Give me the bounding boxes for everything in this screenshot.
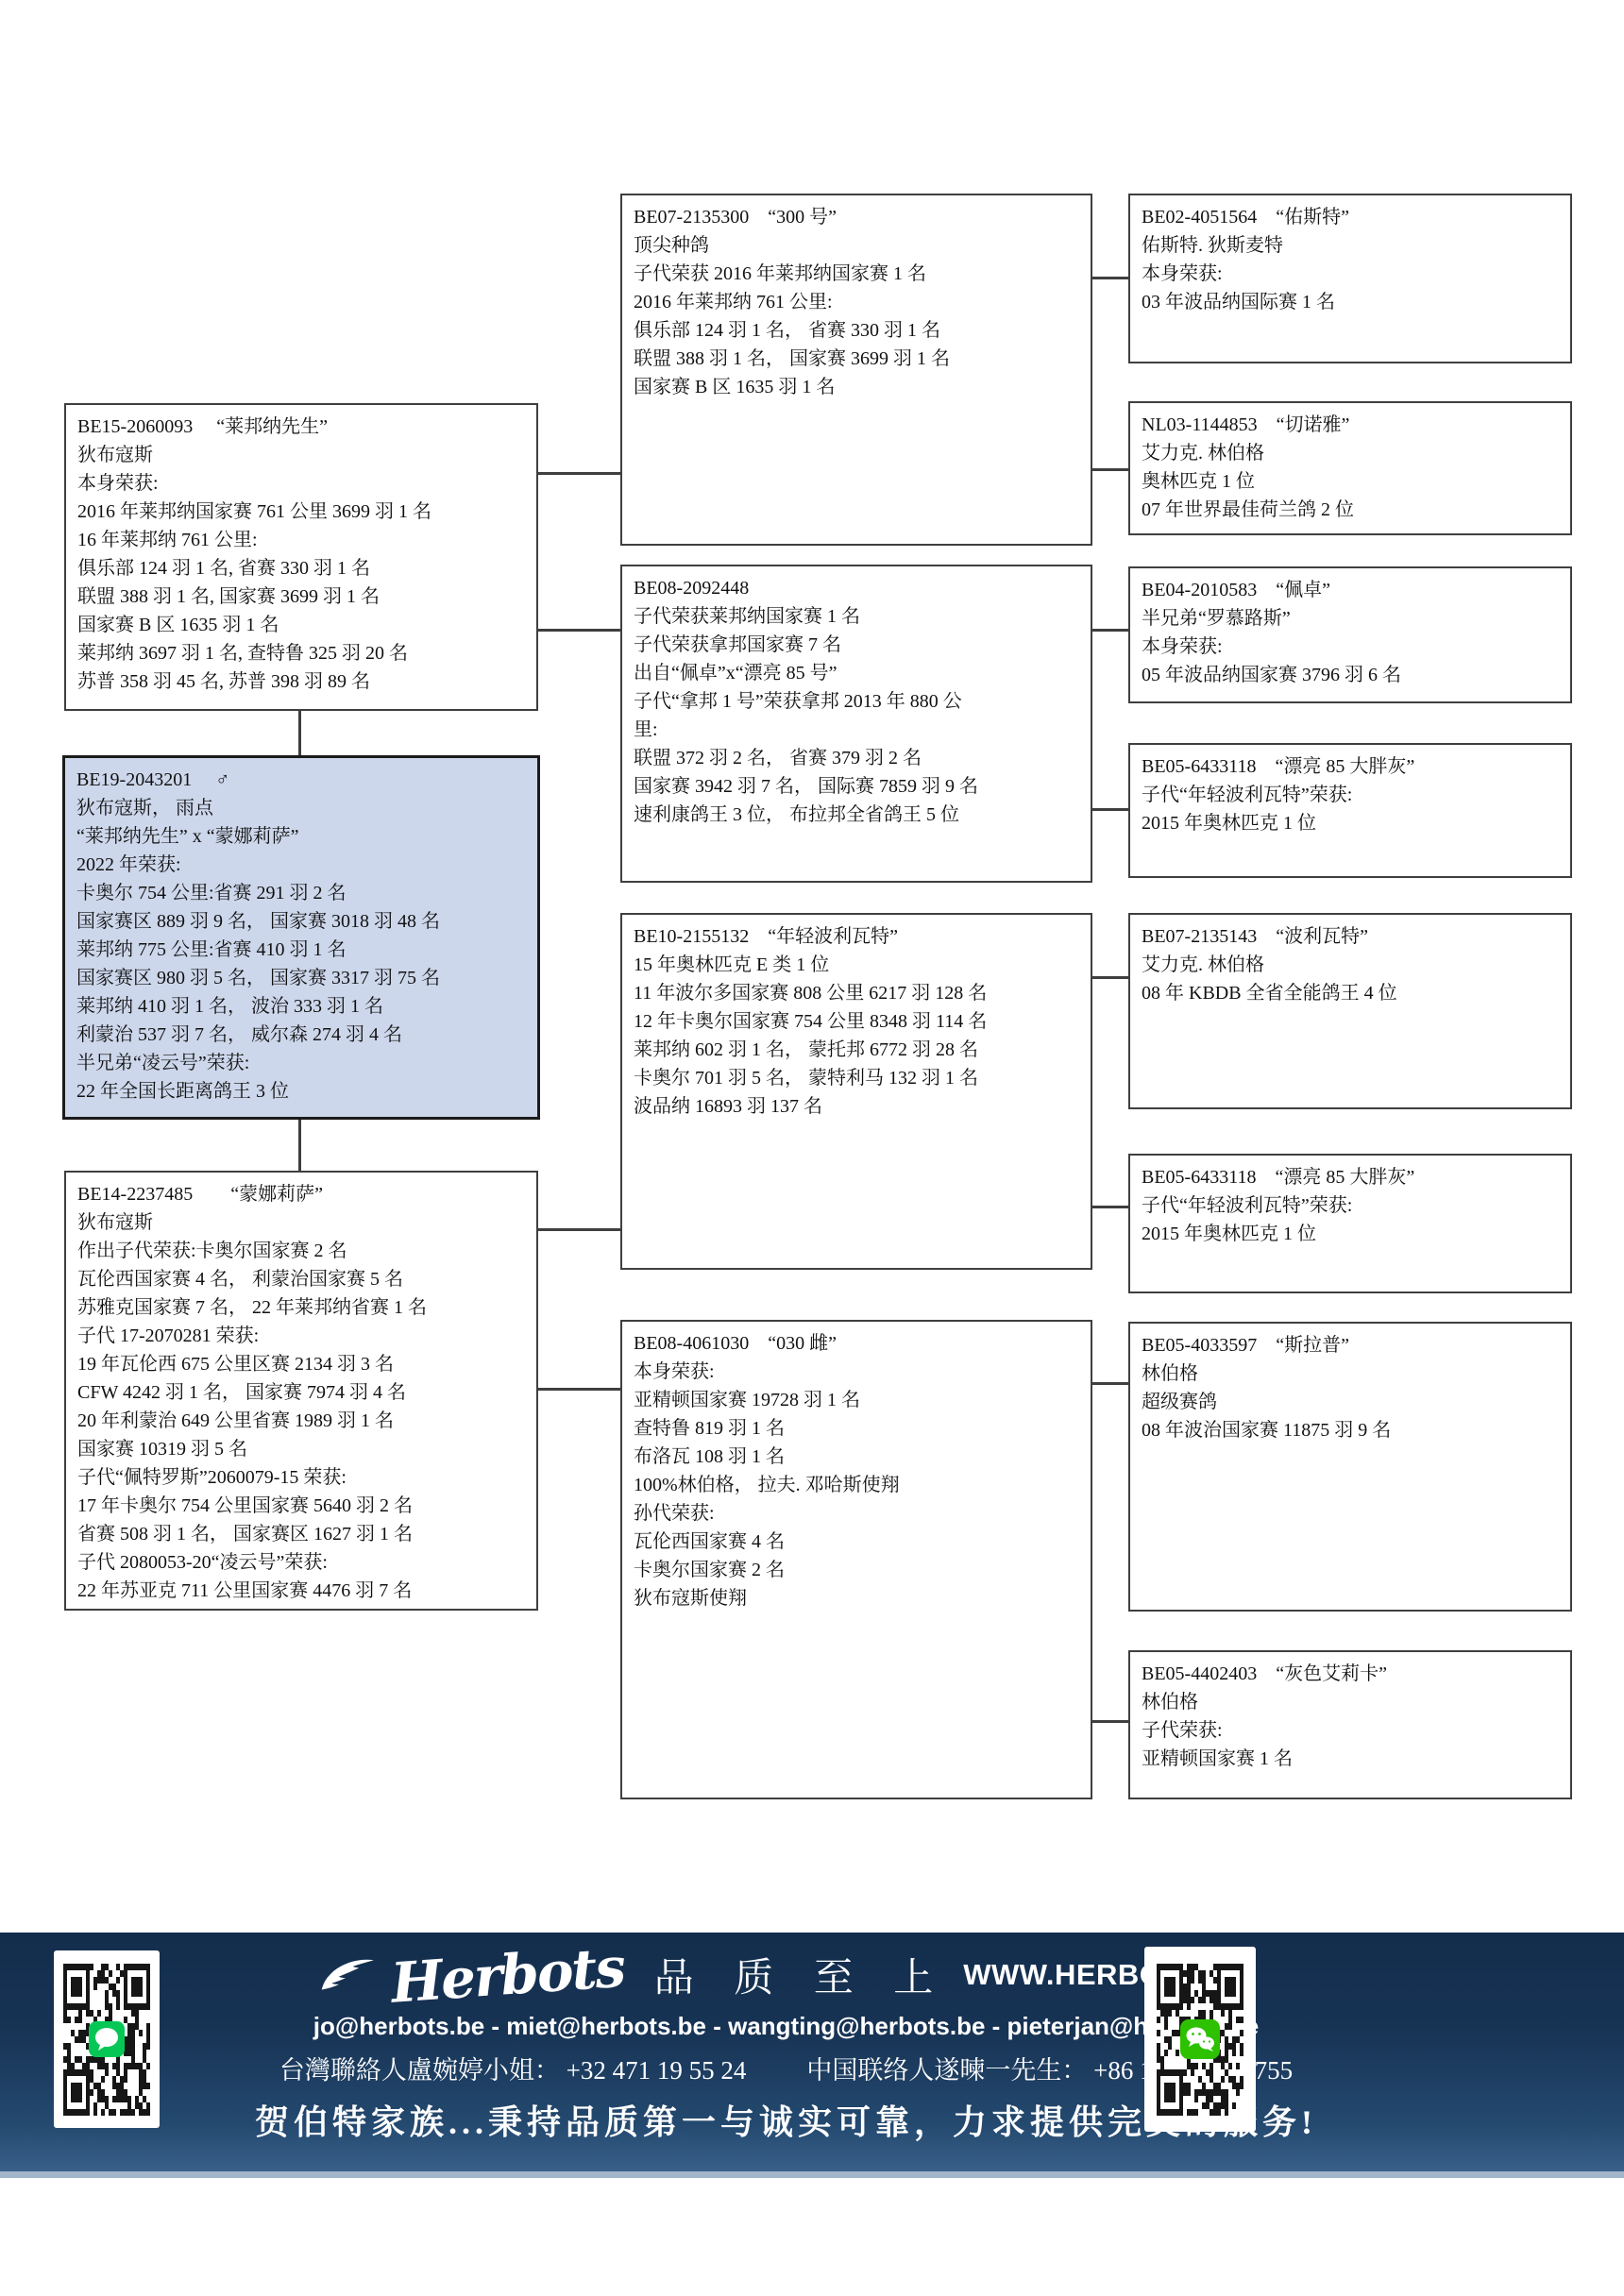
pedigree-box-paternal-grandfather: BE07-2135300 “300 号” 顶尖种鸽 子代荣获 2016 年莱邦纳… [620,194,1092,546]
wechat-icon [1180,2019,1220,2059]
connector-line [1092,808,1128,811]
ring-number: BE08-4061030 “030 雌” [634,1329,1079,1358]
pedigree-box-maternal-grandfather: BE10-2155132 “年轻波利瓦特” 15 年奥林匹克 E 类 1 位 1… [620,913,1092,1270]
ring-number: BE05-4033597 “斯拉普” [1142,1331,1559,1359]
pedigree-box-great-grandparent-4: BE05-6433118 “漂亮 85 大胖灰” 子代“年轻波利瓦特”荣获: 2… [1128,743,1572,878]
connector-line [1092,277,1128,279]
brand-tagline: 品 质 至 上 [654,1947,949,2003]
achievement-lines: 狄布寇斯 作出子代荣获:卡奥尔国家赛 2 名 瓦伦西国家赛 4 名， 利蒙治国家… [77,1208,525,1605]
pedigree-box-great-grandparent-7: BE05-4033597 “斯拉普” 林伯格 超级赛鸽 08 年波治国家赛 11… [1128,1322,1572,1612]
contact-emails: jo@herbots.be - miet@herbots.be - wangti… [313,2012,1259,2041]
achievement-lines: 本身荣获: 亚精顿国家赛 19728 羽 1 名 查特鲁 819 羽 1 名 布… [634,1358,1079,1612]
pedigree-page: BE15-2060093 “莱邦纳先生” 狄布寇斯 本身荣获: 2016 年莱邦… [0,0,1624,2296]
pedigree-box-great-grandparent-5: BE07-2135143 “波利瓦特” 艾力克. 林伯格 08 年 KBDB 全… [1128,913,1572,1109]
achievement-lines: 林伯格 子代荣获: 亚精顿国家赛 1 名 [1142,1688,1559,1773]
pedigree-box-mother: BE14-2237485 “蒙娜莉萨” 狄布寇斯 作出子代荣获:卡奥尔国家赛 2… [64,1171,538,1611]
pedigree-box-great-grandparent-3: BE04-2010583 “佩卓” 半兄弟“罗慕路斯” 本身荣获: 05 年波品… [1128,566,1572,703]
achievement-lines: 艾力克. 林伯格 08 年 KBDB 全省全能鸽王 4 位 [1142,951,1559,1007]
brand-row: Herbots 品 质 至 上 WWW.HERBOTS.BE [321,1940,1251,2010]
achievement-lines: 狄布寇斯 本身荣获: 2016 年莱邦纳国家赛 761 公里 3699 羽 1 … [77,441,525,696]
achievement-lines: 林伯格 超级赛鸽 08 年波治国家赛 11875 羽 9 名 [1142,1359,1559,1444]
pedigree-box-great-grandparent-8: BE05-4402403 “灰色艾莉卡” 林伯格 子代荣获: 亚精顿国家赛 1 … [1128,1650,1572,1799]
pedigree-box-great-grandparent-6: BE05-6433118 “漂亮 85 大胖灰” 子代“年轻波利瓦特”荣获: 2… [1128,1154,1572,1293]
achievement-lines: 顶尖种鸽 子代荣获 2016 年莱邦纳国家赛 1 名 2016 年莱邦纳 761… [634,231,1079,401]
achievement-lines: 15 年奥林匹克 E 类 1 位 11 年波尔多国家赛 808 公里 6217 … [634,951,1079,1121]
ring-number: BE08-2092448 [634,574,1079,602]
ring-number: BE07-2135300 “300 号” [634,203,1079,231]
connector-line [538,629,620,632]
achievement-lines: 半兄弟“罗慕路斯” 本身荣获: 05 年波品纳国家赛 3796 羽 6 名 [1142,604,1559,689]
connector-line [1092,1720,1128,1723]
ring-number: BE14-2237485 “蒙娜莉萨” [77,1180,525,1208]
ring-number: BE15-2060093 “莱邦纳先生” [77,413,525,441]
ring-number: BE05-6433118 “漂亮 85 大胖灰” [1142,752,1559,781]
ring-number: NL03-1144853 “切诺雅” [1142,411,1559,439]
pedigree-box-paternal-grandmother: BE08-2092448 子代荣获莱邦纳国家赛 1 名 子代荣获拿邦国家赛 7 … [620,565,1092,883]
connector-line [1092,976,1128,979]
pedigree-box-subject: BE19-2043201 ♂ 狄布寇斯， 雨点 “莱邦纳先生” x “蒙娜莉萨”… [62,755,540,1120]
pedigree-box-great-grandparent-2: NL03-1144853 “切诺雅” 艾力克. 林伯格 奥林匹克 1 位 07 … [1128,401,1572,535]
pedigree-box-father: BE15-2060093 “莱邦纳先生” 狄布寇斯 本身荣获: 2016 年莱邦… [64,403,538,711]
taiwan-contact: 台灣聯絡人盧婉婷小姐： +32 471 19 55 24 [279,2050,746,2086]
ring-number: BE07-2135143 “波利瓦特” [1142,922,1559,951]
line-icon [89,2021,125,2057]
achievement-lines: 狄布寇斯， 雨点 “莱邦纳先生” x “蒙娜莉萨” 2022 年荣获: 卡奥尔 … [76,794,526,1106]
ring-number: BE04-2010583 “佩卓” [1142,576,1559,604]
footer-banner: Herbots 品 质 至 上 WWW.HERBOTS.BE jo@herbot… [0,1933,1624,2178]
connector-line [298,1120,301,1171]
connector-line [1092,1206,1128,1208]
achievement-lines: 子代“年轻波利瓦特”荣获: 2015 年奥林匹克 1 位 [1142,781,1559,837]
wechat-qr-code [1144,1947,1256,2132]
pedigree-box-great-grandparent-1: BE02-4051564 “佑斯特” 佑斯特. 狄斯麦特 本身荣获: 03 年波… [1128,194,1572,363]
achievement-lines: 艾力克. 林伯格 奥林匹克 1 位 07 年世界最佳荷兰鸽 2 位 [1142,439,1559,524]
connector-line [538,472,620,475]
connector-line [538,1388,620,1391]
contact-phones: 台灣聯絡人盧婉婷小姐： +32 471 19 55 24 中国联络人遂暕一先生：… [279,2050,1293,2086]
ring-number: BE02-4051564 “佑斯特” [1142,203,1559,231]
achievement-lines: 佑斯特. 狄斯麦特 本身荣获: 03 年波品纳国际赛 1 名 [1142,231,1559,316]
line-qr-code [54,1950,160,2128]
achievement-lines: 子代荣获莱邦纳国家赛 1 名 子代荣获拿邦国家赛 7 名 出自“佩卓”x“漂亮 … [634,602,1079,829]
brand-logo-text: Herbots [389,1934,632,2015]
connector-line [1092,1382,1128,1385]
connector-line [298,711,301,755]
ring-number: BE05-6433118 “漂亮 85 大胖灰” [1142,1163,1559,1191]
ring-number: BE05-4402403 “灰色艾莉卡” [1142,1660,1559,1688]
ring-number: BE10-2155132 “年轻波利瓦特” [634,922,1079,951]
connector-line [538,1228,620,1231]
achievement-lines: 子代“年轻波利瓦特”荣获: 2015 年奥林匹克 1 位 [1142,1191,1559,1248]
pedigree-box-maternal-grandmother: BE08-4061030 “030 雌” 本身荣获: 亚精顿国家赛 19728 … [620,1320,1092,1799]
connector-line [1092,468,1128,471]
feather-icon [321,1959,376,1991]
ring-number: BE19-2043201 ♂ [76,766,526,794]
connector-line [1092,629,1128,632]
